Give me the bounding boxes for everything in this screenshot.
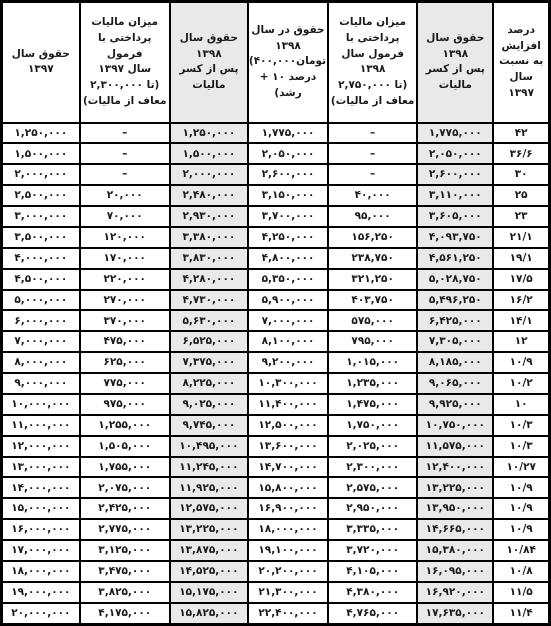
table-cell: ۱۲ xyxy=(493,331,549,352)
table-cell: ۳,۰۰۰,۰۰۰ xyxy=(2,206,80,227)
table-row: ۹,۰۰۰,۰۰۰۷۷۵,۰۰۰۸,۲۲۵,۰۰۰۱۰,۳۰۰,۰۰۰۱,۲۳۵… xyxy=(2,373,550,394)
table-cell: ۵,۰۲۸,۷۵۰ xyxy=(417,269,493,290)
table-cell: ۱۰/۳ xyxy=(493,436,549,457)
table-cell: ۱۵,۳۸۰,۰۰۰ xyxy=(417,540,493,561)
table-cell: ۱۹,۱۰۰,۰۰۰ xyxy=(248,540,328,561)
table-cell: ۱۷۰,۰۰۰ xyxy=(80,248,170,269)
table-cell: ۲,۶۰۰,۰۰۰ xyxy=(248,164,328,185)
table-cell: ۲۳۸,۷۵۰ xyxy=(328,248,417,269)
table-cell: ۱۵,۸۰۰,۰۰۰ xyxy=(248,477,328,498)
table-cell: ۳,۱۵۰,۰۰۰ xyxy=(248,185,328,206)
table-cell: ۱۹/۱ xyxy=(493,248,549,269)
table-cell: ۱,۲۵۵,۰۰۰ xyxy=(80,415,170,436)
table-cell: ۱,۲۳۵,۰۰۰ xyxy=(328,373,417,394)
table-cell: ۱۷/۵ xyxy=(493,269,549,290)
table-cell: ۱۷,۰۰۰,۰۰۰ xyxy=(2,540,80,561)
table-cell: ۱,۲۵۰,۰۰۰ xyxy=(2,123,80,144)
table-cell: ۲۷۰,۰۰۰ xyxy=(80,290,170,311)
table-cell: ۱,۷۷۵,۰۰۰ xyxy=(417,123,493,144)
table-cell: ۴,۵۰۰,۰۰۰ xyxy=(2,269,80,290)
table-cell: ۴۰,۰۰۰ xyxy=(328,185,417,206)
table-cell: ۲,۹۵۰,۰۰۰ xyxy=(328,498,417,519)
table-cell: ۲,۳۰۰,۰۰۰ xyxy=(328,457,417,478)
table-cell: – xyxy=(328,123,417,144)
table-cell: ۱۸,۰۰۰,۰۰۰ xyxy=(248,519,328,540)
table-cell: ۲,۴۸۰,۰۰۰ xyxy=(170,185,248,206)
table-cell: ۳,۸۲۵,۰۰۰ xyxy=(80,582,170,603)
table-cell: ۳۶/۶ xyxy=(493,143,549,164)
table-cell: ۲۰,۲۰۰,۰۰۰ xyxy=(248,561,328,582)
column-header-5: میزان مالیات پرداختی با فرمول سال ۱۳۹۸ (… xyxy=(328,2,417,123)
table-cell: ۲,۰۵۰,۰۰۰ xyxy=(248,143,328,164)
table-cell: ۷,۰۰۰,۰۰۰ xyxy=(248,310,328,331)
table-cell: ۲,۵۰۰,۰۰۰ xyxy=(2,185,80,206)
table-cell: ۹,۰۶۵,۰۰۰ xyxy=(417,373,493,394)
table-cell: ۱۳,۹۵۰,۰۰۰ xyxy=(417,498,493,519)
table-cell: ۱۸,۰۰۰,۰۰۰ xyxy=(2,561,80,582)
table-cell: ۲۰,۰۰۰ xyxy=(80,185,170,206)
table-cell: ۱,۵۰۵,۰۰۰ xyxy=(80,436,170,457)
table-cell: ۹,۷۴۵,۰۰۰ xyxy=(170,415,248,436)
table-cell: ۳,۴۷۵,۰۰۰ xyxy=(80,561,170,582)
table-cell: ۹,۲۰۰,۰۰۰ xyxy=(248,352,328,373)
table-cell: ۸,۰۰۰,۰۰۰ xyxy=(2,352,80,373)
document-page: حقوق سال ۱۳۹۷میزان مالیات پرداختی با فرم… xyxy=(0,0,551,626)
table-cell: ۴۷۵,۰۰۰ xyxy=(80,331,170,352)
table-cell: ۹,۰۰۰,۰۰۰ xyxy=(2,373,80,394)
table-cell: ۵,۰۰۰,۰۰۰ xyxy=(2,290,80,311)
table-cell: ۱,۷۵۰,۰۰۰ xyxy=(328,415,417,436)
table-cell: – xyxy=(328,164,417,185)
table-cell: ۴,۰۰۰,۰۰۰ xyxy=(2,248,80,269)
table-cell: ۱۳,۲۲۵,۰۰۰ xyxy=(417,477,493,498)
table-cell: ۱,۵۰۰,۰۰۰ xyxy=(170,143,248,164)
table-cell: ۳,۱۲۵,۰۰۰ xyxy=(80,540,170,561)
table-cell: ۷۹۵,۰۰۰ xyxy=(328,331,417,352)
table-cell: ۲,۰۰۰,۰۰۰ xyxy=(170,164,248,185)
table-row: ۱۸,۰۰۰,۰۰۰۳,۴۷۵,۰۰۰۱۴,۵۲۵,۰۰۰۲۰,۲۰۰,۰۰۰۴… xyxy=(2,561,550,582)
table-cell: ۱۵۶,۲۵۰ xyxy=(328,227,417,248)
table-cell: ۷,۳۰۵,۰۰۰ xyxy=(417,331,493,352)
table-cell: ۲۲,۴۰۰,۰۰۰ xyxy=(248,603,328,625)
table-cell: ۳۷۰,۰۰۰ xyxy=(80,310,170,331)
table-cell: ۶,۰۰۰,۰۰۰ xyxy=(2,310,80,331)
table-cell: ۴,۰۹۳,۷۵۰ xyxy=(417,227,493,248)
table-cell: ۴,۲۵۰,۰۰۰ xyxy=(248,227,328,248)
table-cell: ۱۰/۹ xyxy=(493,477,549,498)
column-header-7: درصد افزایش به نسبت سال ۱۳۹۷ xyxy=(493,2,549,123)
table-cell: ۳۰ xyxy=(493,164,549,185)
table-cell: ۱,۷۷۵,۰۰۰ xyxy=(248,123,328,144)
table-cell: ۴,۸۰۰,۰۰۰ xyxy=(248,248,328,269)
column-header-4: حقوق در سال ۱۳۹۸ ⁦(۴۰۰,۰۰۰تومان⁩ ⁦+ ۱۰ د… xyxy=(248,2,328,123)
table-row: ۱۴,۰۰۰,۰۰۰۲,۰۷۵,۰۰۰۱۱,۹۲۵,۰۰۰۱۵,۸۰۰,۰۰۰۲… xyxy=(2,477,550,498)
table-cell: ۵,۹۰۰,۰۰۰ xyxy=(248,290,328,311)
table-cell: ۹۷۵,۰۰۰ xyxy=(80,394,170,415)
table-cell: ۶,۵۲۵,۰۰۰ xyxy=(170,331,248,352)
table-cell: ۱۰,۰۰۰,۰۰۰ xyxy=(2,394,80,415)
table-cell: ۱۱,۵۷۵,۰۰۰ xyxy=(417,436,493,457)
table-cell: ۲,۷۷۵,۰۰۰ xyxy=(80,519,170,540)
salary-tax-comparison-table: حقوق سال ۱۳۹۷میزان مالیات پرداختی با فرم… xyxy=(0,0,551,626)
table-cell: ۲,۹۳۰,۰۰۰ xyxy=(170,206,248,227)
table-cell: ۲,۰۲۵,۰۰۰ xyxy=(328,436,417,457)
table-cell: ۱۰,۴۹۵,۰۰۰ xyxy=(170,436,248,457)
table-cell: ۱۱/۴ xyxy=(493,603,549,625)
table-row: ۴,۵۰۰,۰۰۰۲۲۰,۰۰۰۴,۲۸۰,۰۰۰۵,۳۵۰,۰۰۰۳۲۱,۲۵… xyxy=(2,269,550,290)
table-cell: ۸,۱۸۵,۰۰۰ xyxy=(417,352,493,373)
table-cell: ۱۵,۸۲۵,۰۰۰ xyxy=(170,603,248,625)
table-cell: ۲,۰۵۰,۰۰۰ xyxy=(417,143,493,164)
table-cell: ۱۱,۹۲۵,۰۰۰ xyxy=(170,477,248,498)
table-cell: ۱۳,۰۰۰,۰۰۰ xyxy=(2,457,80,478)
table-cell: ۱۳,۲۲۵,۰۰۰ xyxy=(170,519,248,540)
table-cell: ۱۴,۷۰۰,۰۰۰ xyxy=(248,457,328,478)
table-row: ۱۰,۰۰۰,۰۰۰۹۷۵,۰۰۰۹,۰۲۵,۰۰۰۱۱,۴۰۰,۰۰۰۱,۴۷… xyxy=(2,394,550,415)
table-cell: ۱۶,۰۹۵,۰۰۰ xyxy=(417,561,493,582)
table-cell: ۲,۶۰۰,۰۰۰ xyxy=(417,164,493,185)
table-cell: ۴۲ xyxy=(493,123,549,144)
table-cell: ۱۰/۸ xyxy=(493,561,549,582)
table-row: ۱۶,۰۰۰,۰۰۰۲,۷۷۵,۰۰۰۱۳,۲۲۵,۰۰۰۱۸,۰۰۰,۰۰۰۳… xyxy=(2,519,550,540)
table-cell: ۳,۶۰۵,۰۰۰ xyxy=(417,206,493,227)
table-row: ۵,۰۰۰,۰۰۰۲۷۰,۰۰۰۴,۷۳۰,۰۰۰۵,۹۰۰,۰۰۰۴۰۳,۷۵… xyxy=(2,290,550,311)
table-row: ۱۵,۰۰۰,۰۰۰۲,۴۲۵,۰۰۰۱۲,۵۷۵,۰۰۰۱۶,۹۰۰,۰۰۰۲… xyxy=(2,498,550,519)
table-cell: ۴,۵۶۱,۲۵۰ xyxy=(417,248,493,269)
table-cell: ۵,۳۵۰,۰۰۰ xyxy=(248,269,328,290)
table-cell: ۱۱,۲۴۵,۰۰۰ xyxy=(170,457,248,478)
table-cell: ۱,۷۵۵,۰۰۰ xyxy=(80,457,170,478)
column-header-1: حقوق سال ۱۳۹۷ xyxy=(2,2,80,123)
table-row: ۸,۰۰۰,۰۰۰۶۲۵,۰۰۰۷,۳۷۵,۰۰۰۹,۲۰۰,۰۰۰۱,۰۱۵,… xyxy=(2,352,550,373)
table-cell: ۴,۳۸۰,۰۰۰ xyxy=(328,582,417,603)
table-cell: ۱۴,۰۰۰,۰۰۰ xyxy=(2,477,80,498)
table-cell: ۲,۰۷۵,۰۰۰ xyxy=(80,477,170,498)
table-cell: ۱۴/۱ xyxy=(493,310,549,331)
table-row: ۱۳,۰۰۰,۰۰۰۱,۷۵۵,۰۰۰۱۱,۲۴۵,۰۰۰۱۴,۷۰۰,۰۰۰۲… xyxy=(2,457,550,478)
table-cell: ۱۰/۹ xyxy=(493,352,549,373)
table-cell: ۱۴,۶۶۵,۰۰۰ xyxy=(417,519,493,540)
table-row: ۳,۵۰۰,۰۰۰۱۲۰,۰۰۰۳,۳۸۰,۰۰۰۴,۲۵۰,۰۰۰۱۵۶,۲۵… xyxy=(2,227,550,248)
table-cell: ۳,۳۸۰,۰۰۰ xyxy=(170,227,248,248)
table-cell: ۱۲,۵۰۰,۰۰۰ xyxy=(248,415,328,436)
table-cell: ۷۰,۰۰۰ xyxy=(80,206,170,227)
table-row: ۴,۰۰۰,۰۰۰۱۷۰,۰۰۰۳,۸۳۰,۰۰۰۴,۸۰۰,۰۰۰۲۳۸,۷۵… xyxy=(2,248,550,269)
table-cell: ۲۳ xyxy=(493,206,549,227)
table-cell: ۲,۵۷۵,۰۰۰ xyxy=(328,477,417,498)
table-cell: ۱۳,۶۰۰,۰۰۰ xyxy=(248,436,328,457)
table-cell: – xyxy=(328,143,417,164)
table-row: ۲۰,۰۰۰,۰۰۰۴,۱۷۵,۰۰۰۱۵,۸۲۵,۰۰۰۲۲,۴۰۰,۰۰۰۴… xyxy=(2,603,550,625)
table-row: ۲,۵۰۰,۰۰۰۲۰,۰۰۰۲,۴۸۰,۰۰۰۳,۱۵۰,۰۰۰۴۰,۰۰۰۳… xyxy=(2,185,550,206)
table-cell: ۱۶,۰۰۰,۰۰۰ xyxy=(2,519,80,540)
table-cell: ۱,۵۰۰,۰۰۰ xyxy=(2,143,80,164)
table-cell: ۱۴,۵۲۵,۰۰۰ xyxy=(170,561,248,582)
table-cell: – xyxy=(80,123,170,144)
table-cell: ۱۰/۲ xyxy=(493,373,549,394)
table-cell: ۱۱,۰۰۰,۰۰۰ xyxy=(2,415,80,436)
table-row: ۲,۰۰۰,۰۰۰–۲,۰۰۰,۰۰۰۲,۶۰۰,۰۰۰–۲,۶۰۰,۰۰۰۳۰ xyxy=(2,164,550,185)
table-row: ۱۱,۰۰۰,۰۰۰۱,۲۵۵,۰۰۰۹,۷۴۵,۰۰۰۱۲,۵۰۰,۰۰۰۱,… xyxy=(2,415,550,436)
table-cell: – xyxy=(80,164,170,185)
table-cell: ۶,۴۲۵,۰۰۰ xyxy=(417,310,493,331)
table-cell: ۱۱/۵ xyxy=(493,582,549,603)
table-cell: ۱۰,۷۵۰,۰۰۰ xyxy=(417,415,493,436)
table-cell: ۱۰/۸۴ xyxy=(493,540,549,561)
table-cell: ۱۷,۶۳۵,۰۰۰ xyxy=(417,603,493,625)
table-cell: ۱۰/۲۷ xyxy=(493,457,549,478)
table-cell: ۸,۱۰۰,۰۰۰ xyxy=(248,331,328,352)
table-cell: ۲۱,۳۰۰,۰۰۰ xyxy=(248,582,328,603)
table-cell: – xyxy=(80,143,170,164)
table-row: ۱,۵۰۰,۰۰۰–۱,۵۰۰,۰۰۰۲,۰۵۰,۰۰۰–۲,۰۵۰,۰۰۰۳۶… xyxy=(2,143,550,164)
table-cell: ۱۲,۰۰۰,۰۰۰ xyxy=(2,436,80,457)
table-cell: ۳,۳۳۵,۰۰۰ xyxy=(328,519,417,540)
column-header-6: حقوق سال ۱۳۹۸ پس از کسر مالیات xyxy=(417,2,493,123)
table-cell: ۱۶,۹۲۰,۰۰۰ xyxy=(417,582,493,603)
table-cell: ۶۲۵,۰۰۰ xyxy=(80,352,170,373)
table-cell: ۲۱/۱ xyxy=(493,227,549,248)
table-cell: ۱۱,۴۰۰,۰۰۰ xyxy=(248,394,328,415)
table-row: ۱۹,۰۰۰,۰۰۰۳,۸۲۵,۰۰۰۱۵,۱۷۵,۰۰۰۲۱,۳۰۰,۰۰۰۴… xyxy=(2,582,550,603)
table-cell: ۴,۷۶۵,۰۰۰ xyxy=(328,603,417,625)
table-cell: ۱۲,۴۰۰,۰۰۰ xyxy=(417,457,493,478)
table-cell: ۱۹,۰۰۰,۰۰۰ xyxy=(2,582,80,603)
table-cell: ۲۵ xyxy=(493,185,549,206)
table-cell: ۴,۷۳۰,۰۰۰ xyxy=(170,290,248,311)
table-cell: ۳,۷۰۰,۰۰۰ xyxy=(248,206,328,227)
table-cell: ۱۶/۲ xyxy=(493,290,549,311)
table-cell: ۱,۴۷۵,۰۰۰ xyxy=(328,394,417,415)
table-cell: ۱۰,۳۰۰,۰۰۰ xyxy=(248,373,328,394)
table-head: حقوق سال ۱۳۹۷میزان مالیات پرداختی با فرم… xyxy=(2,2,550,123)
table-cell: ۱۰/۹ xyxy=(493,498,549,519)
table-row: ۶,۰۰۰,۰۰۰۳۷۰,۰۰۰۵,۶۳۰,۰۰۰۷,۰۰۰,۰۰۰۵۷۵,۰۰… xyxy=(2,310,550,331)
table-cell: ۳,۷۲۰,۰۰۰ xyxy=(328,540,417,561)
table-cell: ۸,۲۲۵,۰۰۰ xyxy=(170,373,248,394)
table-cell: ۱۰/۳ xyxy=(493,415,549,436)
table-row: ۱۷,۰۰۰,۰۰۰۳,۱۲۵,۰۰۰۱۳,۸۷۵,۰۰۰۱۹,۱۰۰,۰۰۰۳… xyxy=(2,540,550,561)
table-cell: ۹,۹۲۵,۰۰۰ xyxy=(417,394,493,415)
table-cell: ۲۰,۰۰۰,۰۰۰ xyxy=(2,603,80,625)
table-cell: ۳۲۱,۲۵۰ xyxy=(328,269,417,290)
table-row: ۱,۲۵۰,۰۰۰–۱,۲۵۰,۰۰۰۱,۷۷۵,۰۰۰–۱,۷۷۵,۰۰۰۴۲ xyxy=(2,123,550,144)
table-cell: ۴,۱۷۵,۰۰۰ xyxy=(80,603,170,625)
table-body: ۱,۲۵۰,۰۰۰–۱,۲۵۰,۰۰۰۱,۷۷۵,۰۰۰–۱,۷۷۵,۰۰۰۴۲… xyxy=(2,123,550,625)
table-cell: ۳,۸۳۰,۰۰۰ xyxy=(170,248,248,269)
table-cell: ۱۲,۵۷۵,۰۰۰ xyxy=(170,498,248,519)
table-cell: ۲,۴۲۵,۰۰۰ xyxy=(80,498,170,519)
table-cell: ۱,۲۵۰,۰۰۰ xyxy=(170,123,248,144)
table-cell: ۹۵,۰۰۰ xyxy=(328,206,417,227)
table-cell: ۱,۰۱۵,۰۰۰ xyxy=(328,352,417,373)
table-cell: ۹,۰۲۵,۰۰۰ xyxy=(170,394,248,415)
table-cell: ۴,۲۸۰,۰۰۰ xyxy=(170,269,248,290)
table-cell: ۵,۴۹۶,۲۵۰ xyxy=(417,290,493,311)
table-cell: ۱۵,۰۰۰,۰۰۰ xyxy=(2,498,80,519)
table-cell: ۱۲۰,۰۰۰ xyxy=(80,227,170,248)
table-cell: ۴۰۳,۷۵۰ xyxy=(328,290,417,311)
table-cell: ۱۳,۸۷۵,۰۰۰ xyxy=(170,540,248,561)
table-cell: ۱۵,۱۷۵,۰۰۰ xyxy=(170,582,248,603)
table-cell: ۵,۶۳۰,۰۰۰ xyxy=(170,310,248,331)
table-cell: ۲۲۰,۰۰۰ xyxy=(80,269,170,290)
table-cell: ۳,۱۱۰,۰۰۰ xyxy=(417,185,493,206)
table-cell: ۵۷۵,۰۰۰ xyxy=(328,310,417,331)
column-header-2: میزان مالیات پرداختی با فرمول سال ۱۳۹۷ (… xyxy=(80,2,170,123)
column-header-3: حقوق سال ۱۳۹۸ پس از کسر مالیات xyxy=(170,2,248,123)
table-cell: ۷,۰۰۰,۰۰۰ xyxy=(2,331,80,352)
table-cell: ۱۶,۹۰۰,۰۰۰ xyxy=(248,498,328,519)
table-cell: ۷,۳۷۵,۰۰۰ xyxy=(170,352,248,373)
table-cell: ۱۰ xyxy=(493,394,549,415)
table-cell: ۷۷۵,۰۰۰ xyxy=(80,373,170,394)
table-cell: ۲,۰۰۰,۰۰۰ xyxy=(2,164,80,185)
table-cell: ۱۰/۹ xyxy=(493,519,549,540)
table-row: ۳,۰۰۰,۰۰۰۷۰,۰۰۰۲,۹۳۰,۰۰۰۳,۷۰۰,۰۰۰۹۵,۰۰۰۳… xyxy=(2,206,550,227)
table-row: ۱۲,۰۰۰,۰۰۰۱,۵۰۵,۰۰۰۱۰,۴۹۵,۰۰۰۱۳,۶۰۰,۰۰۰۲… xyxy=(2,436,550,457)
table-cell: ۳,۵۰۰,۰۰۰ xyxy=(2,227,80,248)
table-cell: ۴,۱۰۵,۰۰۰ xyxy=(328,561,417,582)
table-row: ۷,۰۰۰,۰۰۰۴۷۵,۰۰۰۶,۵۲۵,۰۰۰۸,۱۰۰,۰۰۰۷۹۵,۰۰… xyxy=(2,331,550,352)
table-header-row: حقوق سال ۱۳۹۷میزان مالیات پرداختی با فرم… xyxy=(2,2,550,123)
